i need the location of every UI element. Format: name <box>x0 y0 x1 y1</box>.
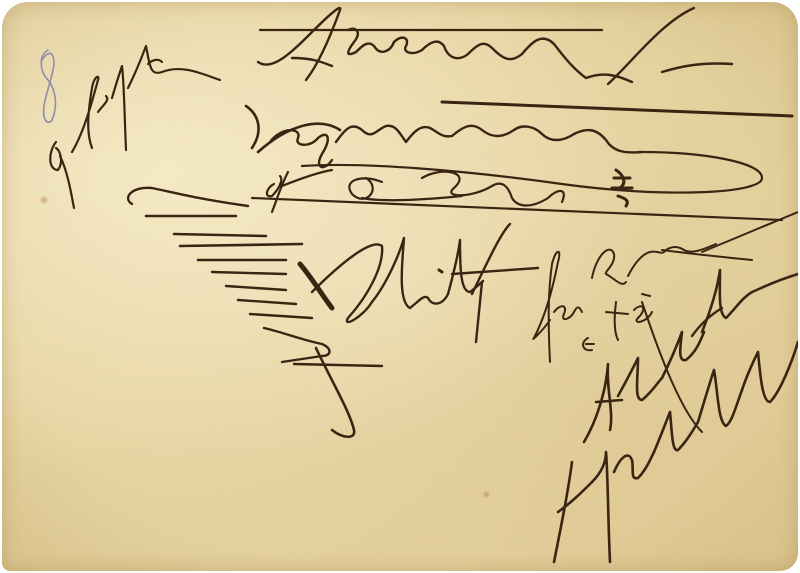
signature-lepius <box>50 46 220 208</box>
signature-albiorke <box>300 224 538 342</box>
signature-kezlmeman <box>246 106 762 193</box>
autograph-card: 8 G. Lepius A. Kossovah Kezlmeman K. Zit… <box>2 2 798 571</box>
signature-kossovah <box>258 8 792 116</box>
signature-malluart <box>128 188 382 437</box>
signature-ristrany <box>533 212 798 362</box>
